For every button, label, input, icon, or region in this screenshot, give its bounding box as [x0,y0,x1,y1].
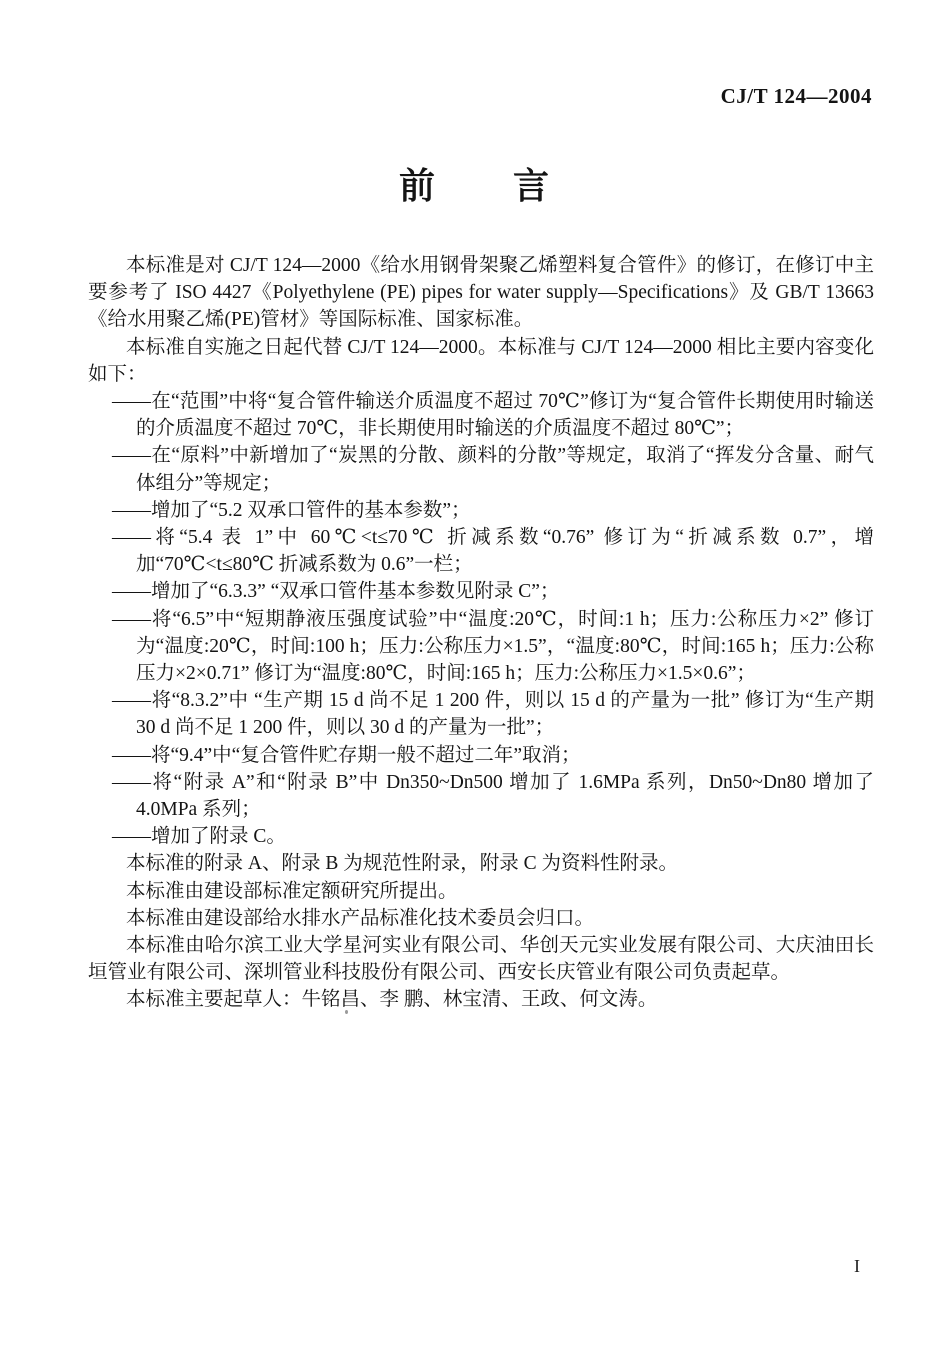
foreword-paragraph: 本标准由建设部标准定额研究所提出。 [88,878,874,905]
foreword-paragraph: 本标准是对 CJ/T 124—2000《给水用钢骨架聚乙烯塑料复合管件》的修订，… [88,252,874,334]
foreword-paragraph: 本标准的附录 A、附录 B 为规范性附录，附录 C 为资料性附录。 [88,850,874,877]
foreword-paragraph: 本标准自实施之日起代替 CJ/T 124—2000。本标准与 CJ/T 124—… [88,334,874,388]
foreword-paragraph: 本标准由建设部给水排水产品标准化技术委员会归口。 [88,905,874,932]
change-list-item: ——增加了附录 C。 [88,823,874,850]
change-list-item: ——将“附录 A”和“附录 B”中 Dn350~Dn500 增加了 1.6MPa… [88,769,874,823]
page-title: 前 言 [0,158,950,209]
foreword-body: 本标准是对 CJ/T 124—2000《给水用钢骨架聚乙烯塑料复合管件》的修订，… [88,252,874,1014]
change-list-item: ——在“原料”中新增加了“炭黑的分散、颜料的分散”等规定，取消了“挥发分含量、耐… [88,442,874,496]
change-list-item: ——将“5.4 表 1”中 60℃<t≤70℃ 折减系数“0.76” 修订为“折… [88,524,874,578]
scan-speck [345,1010,348,1014]
document-page: CJ/T 124—2004 前 言 本标准是对 CJ/T 124—2000《给水… [0,0,950,1363]
foreword-paragraph: 本标准主要起草人：牛铭昌、李 鹏、林宝清、王政、何文涛。 [88,986,874,1013]
page-number: I [854,1256,860,1277]
foreword-paragraph: 本标准由哈尔滨工业大学星河实业有限公司、华创天元实业发展有限公司、大庆油田长垣管… [88,932,874,986]
change-list-item: ——将“9.4”中“复合管件贮存期一般不超过二年”取消； [88,742,874,769]
change-list-item: ——将“8.3.2”中 “生产期 15 d 尚不足 1 200 件，则以 15 … [88,687,874,741]
change-list-item: ——在“范围”中将“复合管件输送介质温度不超过 70℃”修订为“复合管件长期使用… [88,388,874,442]
change-list-item: ——将“6.5”中“短期静液压强度试验”中“温度:20℃，时间:1 h；压力:公… [88,606,874,688]
change-list-item: ——增加了“6.3.3” “双承口管件基本参数见附录 C”； [88,578,874,605]
standard-number: CJ/T 124—2004 [721,84,872,109]
change-list-item: ——增加了“5.2 双承口管件的基本参数”； [88,497,874,524]
